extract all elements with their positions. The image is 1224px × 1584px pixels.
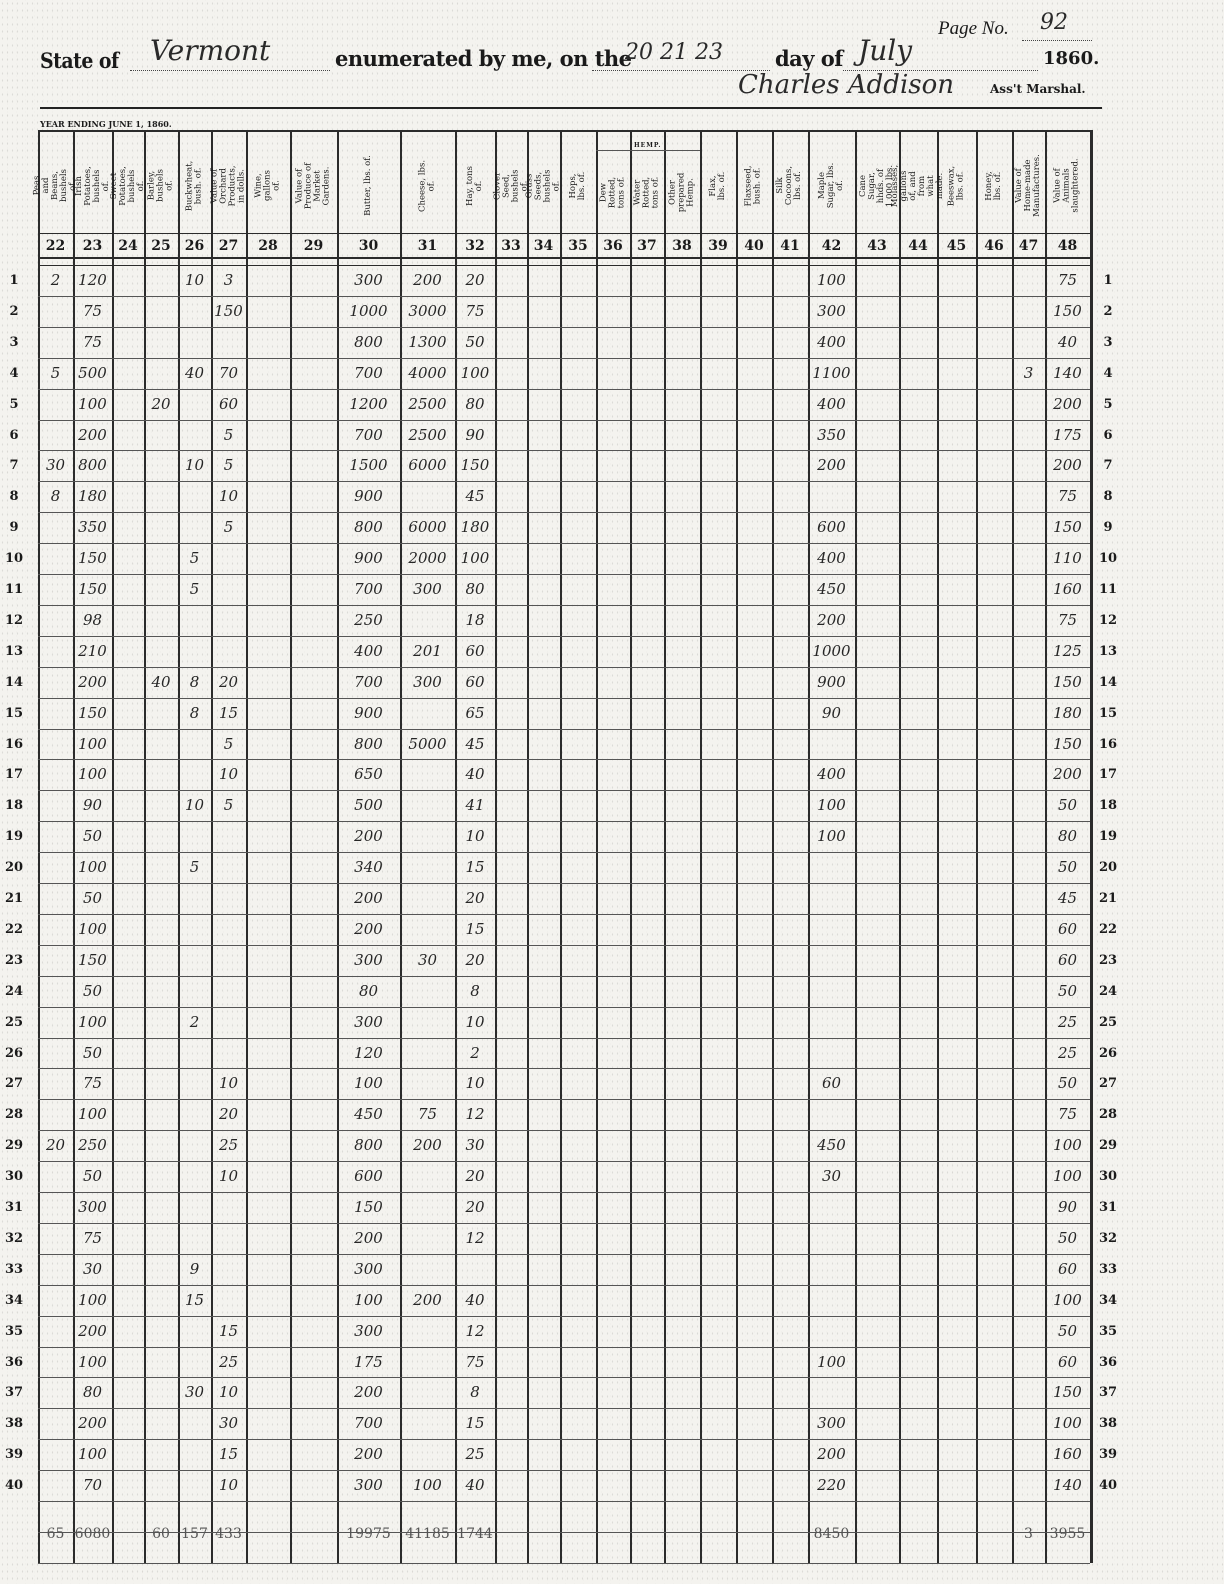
row-number-right: 16 xyxy=(1096,737,1120,752)
table-cell: 90 xyxy=(455,426,495,444)
row-number-left: 32 xyxy=(2,1231,26,1246)
row-rule xyxy=(38,1223,1090,1224)
table-cell: 300 xyxy=(337,1260,400,1278)
row-number-right: 4 xyxy=(1096,366,1120,381)
column-header-30: Butter, lbs. of. xyxy=(337,138,400,233)
table-cell: 700 xyxy=(337,426,400,444)
table-cell: 300 xyxy=(337,1013,400,1031)
row-rule xyxy=(38,821,1090,822)
table-cell: 340 xyxy=(337,858,400,876)
table-cell: 200 xyxy=(73,673,112,691)
column-number-23: 23 xyxy=(73,235,112,257)
row-number-right: 15 xyxy=(1096,706,1120,721)
table-cell: 100 xyxy=(808,271,855,289)
table-cell: 1300 xyxy=(400,333,455,351)
column-number-35: 35 xyxy=(560,235,596,257)
row-rule xyxy=(38,914,1090,915)
column-rule xyxy=(560,130,562,1563)
table-cell: 800 xyxy=(73,456,112,474)
table-cell: 450 xyxy=(808,580,855,598)
table-cell: 70 xyxy=(211,364,246,382)
table-cell: 150 xyxy=(1045,302,1090,320)
row-number-left: 25 xyxy=(2,1015,26,1030)
table-cell: 100 xyxy=(337,1291,400,1309)
table-cell: 20 xyxy=(38,1136,73,1154)
column-header-27: Value of Orchard Products, in dolls. xyxy=(211,138,246,233)
table-cell: 40 xyxy=(455,1291,495,1309)
table-cell: 120 xyxy=(73,271,112,289)
table-cell: 15 xyxy=(455,920,495,938)
table-cell: 300 xyxy=(73,1198,112,1216)
table-cell: 140 xyxy=(1045,1476,1090,1494)
total-cell: 41185 xyxy=(400,1526,455,1542)
row-number-right: 18 xyxy=(1096,798,1120,813)
table-cell: 200 xyxy=(400,271,455,289)
table-cell: 45 xyxy=(455,487,495,505)
table-cell: 900 xyxy=(337,704,400,722)
table-cell: 100 xyxy=(73,1291,112,1309)
table-cell: 5 xyxy=(211,426,246,444)
column-number-27: 27 xyxy=(211,235,246,257)
table-cell: 60 xyxy=(808,1074,855,1092)
table-cell: 10 xyxy=(211,1476,246,1494)
row-number-left: 11 xyxy=(2,582,26,597)
table-cell: 100 xyxy=(73,765,112,783)
row-number-right: 13 xyxy=(1096,644,1120,659)
table-cell: 100 xyxy=(73,1013,112,1031)
table-cell: 180 xyxy=(455,518,495,536)
table-cell: 12 xyxy=(455,1105,495,1123)
column-header-26: Buckwheat, bush. of. xyxy=(178,138,211,233)
table-cell: 65 xyxy=(455,704,495,722)
table-cell: 150 xyxy=(73,580,112,598)
table-cell: 175 xyxy=(337,1353,400,1371)
table-cell: 8 xyxy=(38,487,73,505)
row-number-right: 33 xyxy=(1096,1262,1120,1277)
table-cell: 150 xyxy=(73,704,112,722)
table-cell: 20 xyxy=(455,889,495,907)
row-number-right: 1 xyxy=(1096,273,1120,288)
table-cell: 800 xyxy=(337,333,400,351)
table-cell: 100 xyxy=(73,735,112,753)
row-number-left: 10 xyxy=(2,551,26,566)
column-number-22: 22 xyxy=(38,235,73,257)
row-number-left: 2 xyxy=(2,304,26,319)
table-cell: 18 xyxy=(455,611,495,629)
table-cell: 100 xyxy=(1045,1167,1090,1185)
table-cell: 20 xyxy=(144,395,178,413)
row-number-left: 37 xyxy=(2,1385,26,1400)
column-header-37: Water Rotted, tons of. xyxy=(630,152,664,232)
table-cell: 30 xyxy=(73,1260,112,1278)
column-rule xyxy=(937,130,939,1563)
table-cell: 100 xyxy=(337,1074,400,1092)
table-cell: 60 xyxy=(1045,1353,1090,1371)
table-cell: 60 xyxy=(1045,951,1090,969)
table-cell: 50 xyxy=(1045,796,1090,814)
table-cell: 175 xyxy=(1045,426,1090,444)
table-cell: 350 xyxy=(73,518,112,536)
column-rule xyxy=(1090,130,1093,1563)
table-cell: 200 xyxy=(337,827,400,845)
column-number-41: 41 xyxy=(772,235,808,257)
column-number-43: 43 xyxy=(855,235,899,257)
column-number-33: 33 xyxy=(495,235,527,257)
row-rule xyxy=(38,790,1090,791)
table-cell: 100 xyxy=(73,920,112,938)
row-rule xyxy=(38,574,1090,575)
table-cell: 50 xyxy=(1045,1229,1090,1247)
census-year: 1860. xyxy=(1043,48,1099,69)
table-cell: 10 xyxy=(211,487,246,505)
total-cell: 433 xyxy=(211,1526,246,1542)
row-number-right: 35 xyxy=(1096,1324,1120,1339)
table-cell: 25 xyxy=(1045,1013,1090,1031)
table-cell: 80 xyxy=(455,395,495,413)
row-number-left: 1 xyxy=(2,273,26,288)
column-number-37: 37 xyxy=(630,235,664,257)
row-number-left: 26 xyxy=(2,1046,26,1061)
table-cell: 25 xyxy=(455,1445,495,1463)
row-number-right: 9 xyxy=(1096,520,1120,535)
column-rule xyxy=(855,130,857,1563)
table-cell: 1000 xyxy=(337,302,400,320)
table-cell: 2500 xyxy=(400,426,455,444)
table-cell: 15 xyxy=(455,1414,495,1432)
row-rule xyxy=(38,667,1090,668)
table-cell: 25 xyxy=(211,1353,246,1371)
row-number-left: 18 xyxy=(2,798,26,813)
table-cell: 600 xyxy=(808,518,855,536)
row-number-right: 2 xyxy=(1096,304,1120,319)
table-cell: 800 xyxy=(337,1136,400,1154)
column-rule xyxy=(736,130,738,1563)
table-cell: 50 xyxy=(73,1167,112,1185)
table-cell: 80 xyxy=(337,982,400,1000)
column-header-28: Wine, gallons of. xyxy=(246,138,290,233)
table-cell: 60 xyxy=(1045,1260,1090,1278)
column-rule xyxy=(144,130,146,1563)
total-cell: 3 xyxy=(1012,1526,1045,1542)
table-cell: 200 xyxy=(73,1322,112,1340)
row-rule xyxy=(38,1501,1090,1502)
row-rule xyxy=(38,1038,1090,1039)
table-cell: 100 xyxy=(73,858,112,876)
column-number-36: 36 xyxy=(596,235,630,257)
table-cell: 300 xyxy=(337,271,400,289)
column-rule xyxy=(630,130,632,1563)
row-rule xyxy=(38,698,1090,699)
table-cell: 10 xyxy=(211,765,246,783)
table-cell: 800 xyxy=(337,735,400,753)
row-rule xyxy=(38,976,1090,977)
column-rule xyxy=(527,130,529,1563)
row-number-right: 17 xyxy=(1096,767,1120,782)
row-rule xyxy=(38,759,1090,760)
row-number-right: 5 xyxy=(1096,397,1120,412)
table-cell: 300 xyxy=(400,580,455,598)
table-cell: 10 xyxy=(178,271,211,289)
table-cell: 150 xyxy=(211,302,246,320)
table-cell: 600 xyxy=(337,1167,400,1185)
table-cell: 200 xyxy=(337,920,400,938)
table-cell: 220 xyxy=(808,1476,855,1494)
table-cell: 250 xyxy=(337,611,400,629)
table-cell: 100 xyxy=(73,1445,112,1463)
column-rule xyxy=(596,130,598,1563)
row-number-right: 14 xyxy=(1096,675,1120,690)
row-rule xyxy=(38,883,1090,884)
table-cell: 125 xyxy=(1045,642,1090,660)
table-cell: 100 xyxy=(455,364,495,382)
row-rule xyxy=(38,1563,1090,1564)
row-rule xyxy=(38,1099,1090,1100)
column-number-38: 38 xyxy=(664,235,700,257)
table-cell: 6000 xyxy=(400,456,455,474)
table-cell: 900 xyxy=(808,673,855,691)
table-cell: 300 xyxy=(808,1414,855,1432)
table-cell: 30 xyxy=(178,1383,211,1401)
marshal-signature: Charles Addison xyxy=(738,70,954,100)
column-header-41: Silk Cocoons, lbs. of. xyxy=(772,138,808,233)
column-header-47: Value of Home-made Manufactures. xyxy=(1012,138,1045,233)
row-rule xyxy=(38,389,1090,390)
row-number-right: 19 xyxy=(1096,829,1120,844)
row-number-left: 22 xyxy=(2,922,26,937)
table-cell: 900 xyxy=(337,487,400,505)
table-cell: 150 xyxy=(1045,673,1090,691)
table-cell: 20 xyxy=(455,1167,495,1185)
table-cell: 41 xyxy=(455,796,495,814)
table-cell: 650 xyxy=(337,765,400,783)
table-cell: 1500 xyxy=(337,456,400,474)
header-rule xyxy=(38,257,1090,259)
table-cell: 50 xyxy=(73,982,112,1000)
total-cell: 19975 xyxy=(337,1526,400,1542)
table-cell: 75 xyxy=(1045,487,1090,505)
table-cell: 100 xyxy=(808,1353,855,1371)
row-number-right: 10 xyxy=(1096,551,1120,566)
row-rule xyxy=(38,358,1090,359)
table-cell: 60 xyxy=(455,642,495,660)
table-cell: 40 xyxy=(144,673,178,691)
row-number-left: 13 xyxy=(2,644,26,659)
column-number-31: 31 xyxy=(400,235,455,257)
table-cell: 40 xyxy=(455,765,495,783)
row-rule xyxy=(38,1470,1090,1471)
column-rule xyxy=(246,130,248,1563)
row-rule xyxy=(38,1347,1090,1348)
state-value: Vermont xyxy=(150,34,270,67)
column-number-48: 48 xyxy=(1045,235,1090,257)
row-number-left: 19 xyxy=(2,829,26,844)
table-cell: 30 xyxy=(400,951,455,969)
table-cell: 5 xyxy=(211,796,246,814)
row-number-left: 23 xyxy=(2,953,26,968)
row-rule xyxy=(38,543,1090,544)
table-cell: 200 xyxy=(1045,456,1090,474)
table-cell: 210 xyxy=(73,642,112,660)
table-cell: 100 xyxy=(400,1476,455,1494)
column-header-33: Clover Seed, bushels of. xyxy=(495,138,527,233)
table-cell: 2 xyxy=(455,1044,495,1062)
row-number-left: 30 xyxy=(2,1169,26,1184)
table-cell: 10 xyxy=(455,1013,495,1031)
table-cell: 700 xyxy=(337,1414,400,1432)
table-cell: 300 xyxy=(808,302,855,320)
table-cell: 100 xyxy=(808,827,855,845)
row-number-left: 35 xyxy=(2,1324,26,1339)
table-cell: 5 xyxy=(211,735,246,753)
table-cell: 12 xyxy=(455,1229,495,1247)
table-cell: 80 xyxy=(455,580,495,598)
table-cell: 200 xyxy=(400,1136,455,1154)
table-cell: 1200 xyxy=(337,395,400,413)
column-header-45: Beeswax, lbs. of. xyxy=(937,138,976,233)
table-cell: 75 xyxy=(73,333,112,351)
column-rule xyxy=(290,130,292,1563)
row-number-left: 8 xyxy=(2,489,26,504)
row-rule xyxy=(38,1007,1090,1008)
state-label: State of xyxy=(40,48,119,73)
row-number-left: 29 xyxy=(2,1138,26,1153)
row-number-left: 21 xyxy=(2,891,26,906)
row-rule xyxy=(38,1439,1090,1440)
total-cell: 157 xyxy=(178,1526,211,1542)
table-cell: 201 xyxy=(400,642,455,660)
column-number-24: 24 xyxy=(112,235,144,257)
table-cell: 3 xyxy=(1012,364,1045,382)
table-cell: 8 xyxy=(178,704,211,722)
table-cell: 3000 xyxy=(400,302,455,320)
column-number-39: 39 xyxy=(700,235,736,257)
table-cell: 75 xyxy=(400,1105,455,1123)
total-cell: 65 xyxy=(38,1526,73,1542)
table-cell: 12 xyxy=(455,1322,495,1340)
table-cell: 150 xyxy=(1045,735,1090,753)
column-number-25: 25 xyxy=(144,235,178,257)
row-rule xyxy=(38,327,1090,328)
table-cell: 10 xyxy=(178,796,211,814)
table-cell: 90 xyxy=(73,796,112,814)
table-cell: 20 xyxy=(211,1105,246,1123)
table-cell: 100 xyxy=(73,1105,112,1123)
table-cell: 50 xyxy=(73,889,112,907)
column-header-29: Value of Produce of Market Gardens. xyxy=(290,138,337,233)
column-header-36: Dew Rotted, tons of. xyxy=(596,152,630,232)
table-cell: 150 xyxy=(73,951,112,969)
table-cell: 90 xyxy=(808,704,855,722)
table-cell: 50 xyxy=(1045,1074,1090,1092)
column-header-48: Value of Animals slaughtered. xyxy=(1045,138,1090,233)
table-cell: 200 xyxy=(73,426,112,444)
table-cell: 20 xyxy=(455,271,495,289)
table-cell: 75 xyxy=(1045,1105,1090,1123)
table-cell: 2 xyxy=(38,271,73,289)
hemp-group-rule xyxy=(596,150,700,151)
row-number-left: 14 xyxy=(2,675,26,690)
table-cell: 80 xyxy=(1045,827,1090,845)
row-number-left: 28 xyxy=(2,1107,26,1122)
row-number-right: 34 xyxy=(1096,1293,1120,1308)
table-cell: 450 xyxy=(337,1105,400,1123)
table-cell: 50 xyxy=(1045,858,1090,876)
column-rule xyxy=(178,130,180,1563)
table-cell: 100 xyxy=(1045,1291,1090,1309)
row-rule xyxy=(38,1285,1090,1286)
table-cell: 2000 xyxy=(400,549,455,567)
column-header-31: Cheese, lbs. of. xyxy=(400,138,455,233)
row-rule xyxy=(38,945,1090,946)
table-cell: 100 xyxy=(808,796,855,814)
table-cell: 150 xyxy=(1045,518,1090,536)
row-number-right: 21 xyxy=(1096,891,1120,906)
row-number-left: 6 xyxy=(2,428,26,443)
row-rule xyxy=(38,852,1090,853)
row-number-left: 36 xyxy=(2,1355,26,1370)
table-cell: 180 xyxy=(73,487,112,505)
table-cell: 8 xyxy=(455,1383,495,1401)
row-rule xyxy=(38,420,1090,421)
column-number-29: 29 xyxy=(290,235,337,257)
table-cell: 10 xyxy=(455,827,495,845)
table-cell: 500 xyxy=(73,364,112,382)
table-cell: 15 xyxy=(211,1445,246,1463)
row-number-right: 20 xyxy=(1096,860,1120,875)
table-cell: 100 xyxy=(73,1353,112,1371)
table-cell: 15 xyxy=(211,1322,246,1340)
column-number-40: 40 xyxy=(736,235,772,257)
table-cell: 75 xyxy=(73,1074,112,1092)
table-cell: 200 xyxy=(1045,765,1090,783)
table-cell: 180 xyxy=(1045,704,1090,722)
table-cell: 110 xyxy=(1045,549,1090,567)
table-cell: 50 xyxy=(73,1044,112,1062)
table-cell: 800 xyxy=(337,518,400,536)
table-cell: 60 xyxy=(1045,920,1090,938)
row-number-right: 3 xyxy=(1096,335,1120,350)
row-number-right: 38 xyxy=(1096,1416,1120,1431)
row-rule xyxy=(38,450,1090,451)
table-cell: 75 xyxy=(455,1353,495,1371)
row-number-left: 27 xyxy=(2,1076,26,1091)
table-cell: 200 xyxy=(808,611,855,629)
table-cell: 10 xyxy=(211,1167,246,1185)
state-line xyxy=(130,70,330,71)
table-cell: 20 xyxy=(455,1198,495,1216)
table-cell: 30 xyxy=(808,1167,855,1185)
table-cell: 1000 xyxy=(808,642,855,660)
year-ending-label: YEAR ENDING JUNE 1, 1860. xyxy=(40,119,172,129)
table-cell: 200 xyxy=(337,889,400,907)
table-cell: 2 xyxy=(178,1013,211,1031)
column-header-24: Sweet Potatoes, bushels of. xyxy=(112,138,144,233)
row-rule xyxy=(38,296,1090,297)
column-rule xyxy=(700,130,702,1563)
total-cell: 6080 xyxy=(73,1526,112,1542)
month-value: July xyxy=(858,34,912,67)
page-number-value: 92 xyxy=(1040,10,1068,35)
row-number-right: 24 xyxy=(1096,984,1120,999)
row-number-left: 34 xyxy=(2,1293,26,1308)
table-cell: 60 xyxy=(211,395,246,413)
table-cell: 100 xyxy=(1045,1136,1090,1154)
table-cell: 150 xyxy=(455,456,495,474)
row-number-left: 7 xyxy=(2,458,26,473)
table-cell: 20 xyxy=(211,673,246,691)
page-number-line xyxy=(1022,40,1092,41)
row-number-right: 23 xyxy=(1096,953,1120,968)
